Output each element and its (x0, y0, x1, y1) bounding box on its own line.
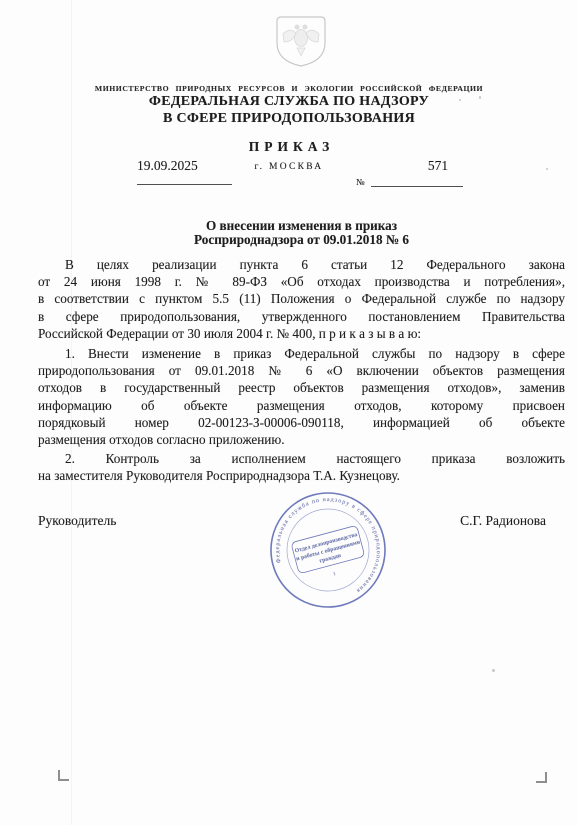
coat-of-arms-icon (272, 14, 330, 70)
agency-name-line2: В СФЕРЕ ПРИРОДОПОЛЬЗОВАНИЯ (0, 111, 578, 127)
paragraph-line: размещения отходов согласно приложению. (38, 431, 565, 448)
document-number: 571 (418, 158, 458, 174)
scan-speckle (546, 168, 548, 170)
paragraph-line: на заместителя Руководителя Росприроднад… (38, 467, 565, 484)
signer-position: Руководитель (38, 513, 116, 529)
date-underline (137, 184, 232, 185)
title-line: О внесении изменения в приказ (38, 219, 565, 233)
paragraph-line: природопользования от 09.01.2018 № 6 «О … (38, 362, 565, 379)
paragraph-line: 2. Контроль за исполнением настоящего пр… (38, 450, 565, 467)
document-title: О внесении изменения в приказ Росприродн… (38, 219, 565, 246)
agency-name-line1: ФЕДЕРАЛЬНАЯ СЛУЖБА ПО НАДЗОРУ (0, 94, 578, 110)
stamp-seal-icon: Федеральная служба по надзору в сфере пр… (247, 469, 409, 631)
scan-speckle (459, 99, 461, 101)
paragraph-line: Российской Федерации от 30 июля 2004 г. … (38, 325, 565, 342)
scan-speckle (479, 96, 481, 99)
paragraph-line: 1. Внести изменение в приказ Федеральной… (38, 345, 565, 362)
ministry-line: МИНИСТЕРСТВО ПРИРОДНЫХ РЕСУРСОВ И ЭКОЛОГ… (0, 84, 578, 93)
document-type-heading: ПРИКАЗ (0, 139, 578, 155)
document-place: г. МОСКВА (0, 162, 578, 172)
paragraph-line: отходов в государственный реестр объекто… (38, 379, 565, 396)
signer-name: С.Г. Радионова (460, 513, 546, 529)
paragraph-line: порядковый номер 02-00123-З-00006-090118… (38, 414, 565, 431)
title-line: Росприроднадзора от 09.01.2018 № 6 (38, 233, 565, 247)
crop-mark-bottom-right (536, 772, 547, 783)
paragraph-line: В целях реализации пункта 6 статьи 12 Фе… (38, 256, 565, 273)
paragraph-line: информацию об объекте размещения отходов… (38, 397, 565, 414)
stamp-center-mark: 1 (333, 572, 337, 578)
scan-speckle (492, 669, 495, 672)
crop-mark-bottom-left (58, 770, 69, 781)
document-page: МИНИСТЕРСТВО ПРИРОДНЫХ РЕСУРСОВ И ЭКОЛОГ… (0, 0, 578, 825)
number-underline (371, 186, 463, 187)
paragraph-line: от 24 июня 1998 г. № 89-ФЗ «Об отходах п… (38, 273, 565, 290)
paragraph-line: в соответствии с пунктом 5.5 (11) Положе… (38, 290, 565, 307)
number-sign: № (356, 177, 365, 187)
paragraph-line: в сфере природопользования, утвержденног… (38, 308, 565, 325)
document-body: В целях реализации пункта 6 статьи 12 Фе… (38, 256, 565, 485)
